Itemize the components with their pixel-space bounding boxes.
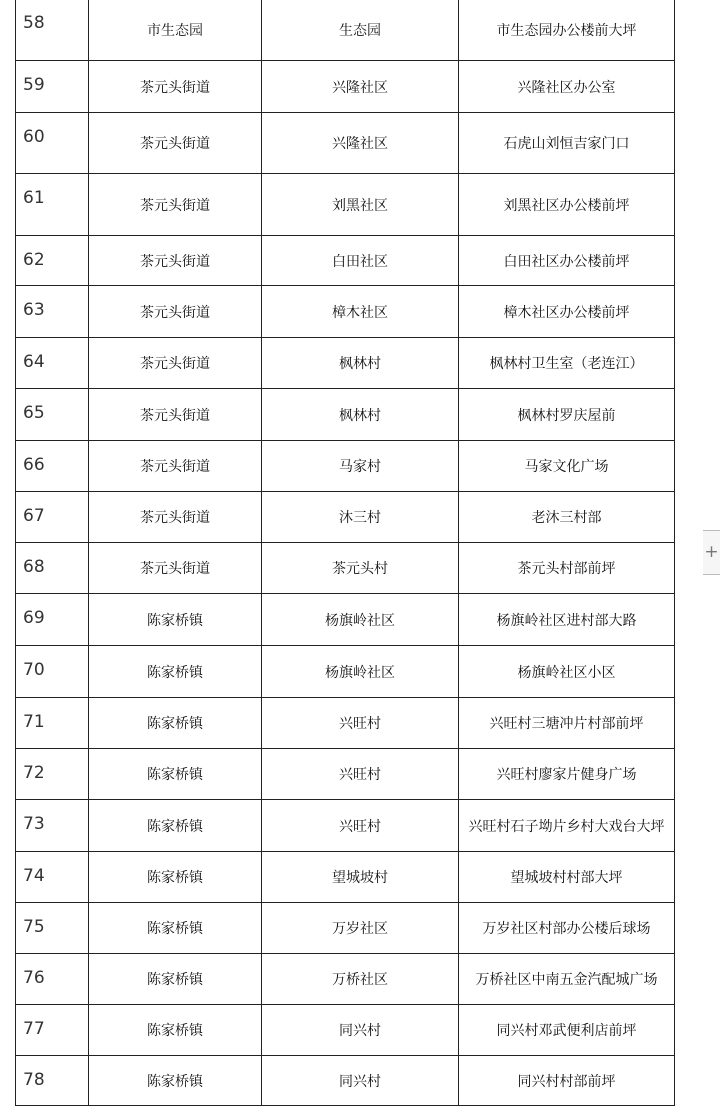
location-cell: 马家文化广场 [459, 441, 675, 492]
row-number-cell: 76 [16, 954, 89, 1005]
table-row: 68茶元头街道茶元头村茶元头村部前坪 [16, 543, 675, 594]
table-row: 58市生态园生态园市生态园办公楼前大坪 [16, 0, 675, 61]
location-cell: 兴旺村廖家片健身广场 [459, 749, 675, 800]
row-number-cell: 78 [16, 1056, 89, 1106]
location-cell: 万桥社区中南五金汽配城广场 [459, 954, 675, 1005]
location-cell: 刘黑社区办公楼前坪 [459, 174, 675, 236]
town-cell: 陈家桥镇 [89, 954, 262, 1005]
location-cell: 兴旺村三塘冲片村部前坪 [459, 698, 675, 749]
town-cell: 茶元头街道 [89, 492, 262, 543]
town-cell: 陈家桥镇 [89, 800, 262, 852]
row-number-cell: 77 [16, 1005, 89, 1056]
location-cell: 兴隆社区办公室 [459, 61, 675, 113]
town-cell: 茶元头街道 [89, 389, 262, 441]
row-number-cell: 62 [16, 236, 89, 286]
village-cell: 兴旺村 [262, 800, 459, 852]
town-cell: 茶元头街道 [89, 113, 262, 174]
town-cell: 茶元头街道 [89, 61, 262, 113]
table-row: 72陈家桥镇兴旺村兴旺村廖家片健身广场 [16, 749, 675, 800]
row-number-cell: 66 [16, 441, 89, 492]
row-number-cell: 69 [16, 594, 89, 646]
table-row: 78陈家桥镇同兴村同兴村村部前坪 [16, 1056, 675, 1106]
town-cell: 陈家桥镇 [89, 749, 262, 800]
village-cell: 兴隆社区 [262, 61, 459, 113]
location-cell: 同兴村邓武便利店前坪 [459, 1005, 675, 1056]
table-row: 65茶元头街道枫林村枫林村罗庆屋前 [16, 389, 675, 441]
town-cell: 陈家桥镇 [89, 646, 262, 698]
village-cell: 白田社区 [262, 236, 459, 286]
village-cell: 杨旗岭社区 [262, 594, 459, 646]
table-row: 73陈家桥镇兴旺村兴旺村石子坳片乡村大戏台大坪 [16, 800, 675, 852]
location-table: 58市生态园生态园市生态园办公楼前大坪59茶元头街道兴隆社区兴隆社区办公室60茶… [15, 0, 675, 1106]
table-row: 67茶元头街道沐三村老沐三村部 [16, 492, 675, 543]
row-number-cell: 75 [16, 903, 89, 954]
town-cell: 茶元头街道 [89, 174, 262, 236]
table-row: 64茶元头街道枫林村枫林村卫生室（老连江） [16, 338, 675, 389]
table-row: 66茶元头街道马家村马家文化广场 [16, 441, 675, 492]
town-cell: 茶元头街道 [89, 286, 262, 338]
village-cell: 同兴村 [262, 1005, 459, 1056]
village-cell: 茶元头村 [262, 543, 459, 594]
location-cell: 杨旗岭社区进村部大路 [459, 594, 675, 646]
row-number-cell: 59 [16, 61, 89, 113]
village-cell: 兴隆社区 [262, 113, 459, 174]
town-cell: 陈家桥镇 [89, 698, 262, 749]
location-cell: 万岁社区村部办公楼后球场 [459, 903, 675, 954]
location-cell: 同兴村村部前坪 [459, 1056, 675, 1106]
town-cell: 市生态园 [89, 0, 262, 61]
location-cell: 樟木社区办公楼前坪 [459, 286, 675, 338]
location-cell: 茶元头村部前坪 [459, 543, 675, 594]
village-cell: 樟木社区 [262, 286, 459, 338]
row-number-cell: 65 [16, 389, 89, 441]
row-number-cell: 68 [16, 543, 89, 594]
table-row: 61茶元头街道刘黑社区刘黑社区办公楼前坪 [16, 174, 675, 236]
table-row: 76陈家桥镇万桥社区万桥社区中南五金汽配城广场 [16, 954, 675, 1005]
row-number-cell: 58 [16, 0, 89, 61]
row-number-cell: 64 [16, 338, 89, 389]
town-cell: 陈家桥镇 [89, 1005, 262, 1056]
village-cell: 兴旺村 [262, 698, 459, 749]
table-row: 69陈家桥镇杨旗岭社区杨旗岭社区进村部大路 [16, 594, 675, 646]
location-cell: 枫林村卫生室（老连江） [459, 338, 675, 389]
village-cell: 兴旺村 [262, 749, 459, 800]
village-cell: 万岁社区 [262, 903, 459, 954]
village-cell: 望城坡村 [262, 852, 459, 903]
village-cell: 万桥社区 [262, 954, 459, 1005]
location-cell: 老沐三村部 [459, 492, 675, 543]
table-row: 74陈家桥镇望城坡村望城坡村村部大坪 [16, 852, 675, 903]
row-number-cell: 74 [16, 852, 89, 903]
village-cell: 同兴村 [262, 1056, 459, 1106]
row-number-cell: 61 [16, 174, 89, 236]
location-cell: 杨旗岭社区小区 [459, 646, 675, 698]
table-row: 60茶元头街道兴隆社区石虎山刘恒吉家门口 [16, 113, 675, 174]
location-cell: 望城坡村村部大坪 [459, 852, 675, 903]
table-row: 77陈家桥镇同兴村同兴村邓武便利店前坪 [16, 1005, 675, 1056]
row-number-cell: 67 [16, 492, 89, 543]
town-cell: 陈家桥镇 [89, 903, 262, 954]
village-cell: 杨旗岭社区 [262, 646, 459, 698]
village-cell: 生态园 [262, 0, 459, 61]
town-cell: 陈家桥镇 [89, 852, 262, 903]
village-cell: 刘黑社区 [262, 174, 459, 236]
town-cell: 茶元头街道 [89, 543, 262, 594]
row-number-cell: 71 [16, 698, 89, 749]
table-row: 63茶元头街道樟木社区樟木社区办公楼前坪 [16, 286, 675, 338]
table-row: 70陈家桥镇杨旗岭社区杨旗岭社区小区 [16, 646, 675, 698]
location-cell: 兴旺村石子坳片乡村大戏台大坪 [459, 800, 675, 852]
table-row: 75陈家桥镇万岁社区万岁社区村部办公楼后球场 [16, 903, 675, 954]
town-cell: 陈家桥镇 [89, 594, 262, 646]
location-cell: 白田社区办公楼前坪 [459, 236, 675, 286]
village-cell: 枫林村 [262, 389, 459, 441]
village-cell: 枫林村 [262, 338, 459, 389]
village-cell: 马家村 [262, 441, 459, 492]
table-row: 62茶元头街道白田社区白田社区办公楼前坪 [16, 236, 675, 286]
town-cell: 茶元头街道 [89, 338, 262, 389]
table-row: 59茶元头街道兴隆社区兴隆社区办公室 [16, 61, 675, 113]
expand-plus-button[interactable]: + [703, 530, 720, 575]
location-cell: 市生态园办公楼前大坪 [459, 0, 675, 61]
table-body: 58市生态园生态园市生态园办公楼前大坪59茶元头街道兴隆社区兴隆社区办公室60茶… [16, 0, 675, 1106]
row-number-cell: 63 [16, 286, 89, 338]
row-number-cell: 73 [16, 800, 89, 852]
row-number-cell: 60 [16, 113, 89, 174]
row-number-cell: 72 [16, 749, 89, 800]
plus-icon: + [704, 542, 718, 562]
location-cell: 枫林村罗庆屋前 [459, 389, 675, 441]
town-cell: 茶元头街道 [89, 441, 262, 492]
town-cell: 陈家桥镇 [89, 1056, 262, 1106]
location-cell: 石虎山刘恒吉家门口 [459, 113, 675, 174]
row-number-cell: 70 [16, 646, 89, 698]
table-row: 71陈家桥镇兴旺村兴旺村三塘冲片村部前坪 [16, 698, 675, 749]
village-cell: 沐三村 [262, 492, 459, 543]
town-cell: 茶元头街道 [89, 236, 262, 286]
